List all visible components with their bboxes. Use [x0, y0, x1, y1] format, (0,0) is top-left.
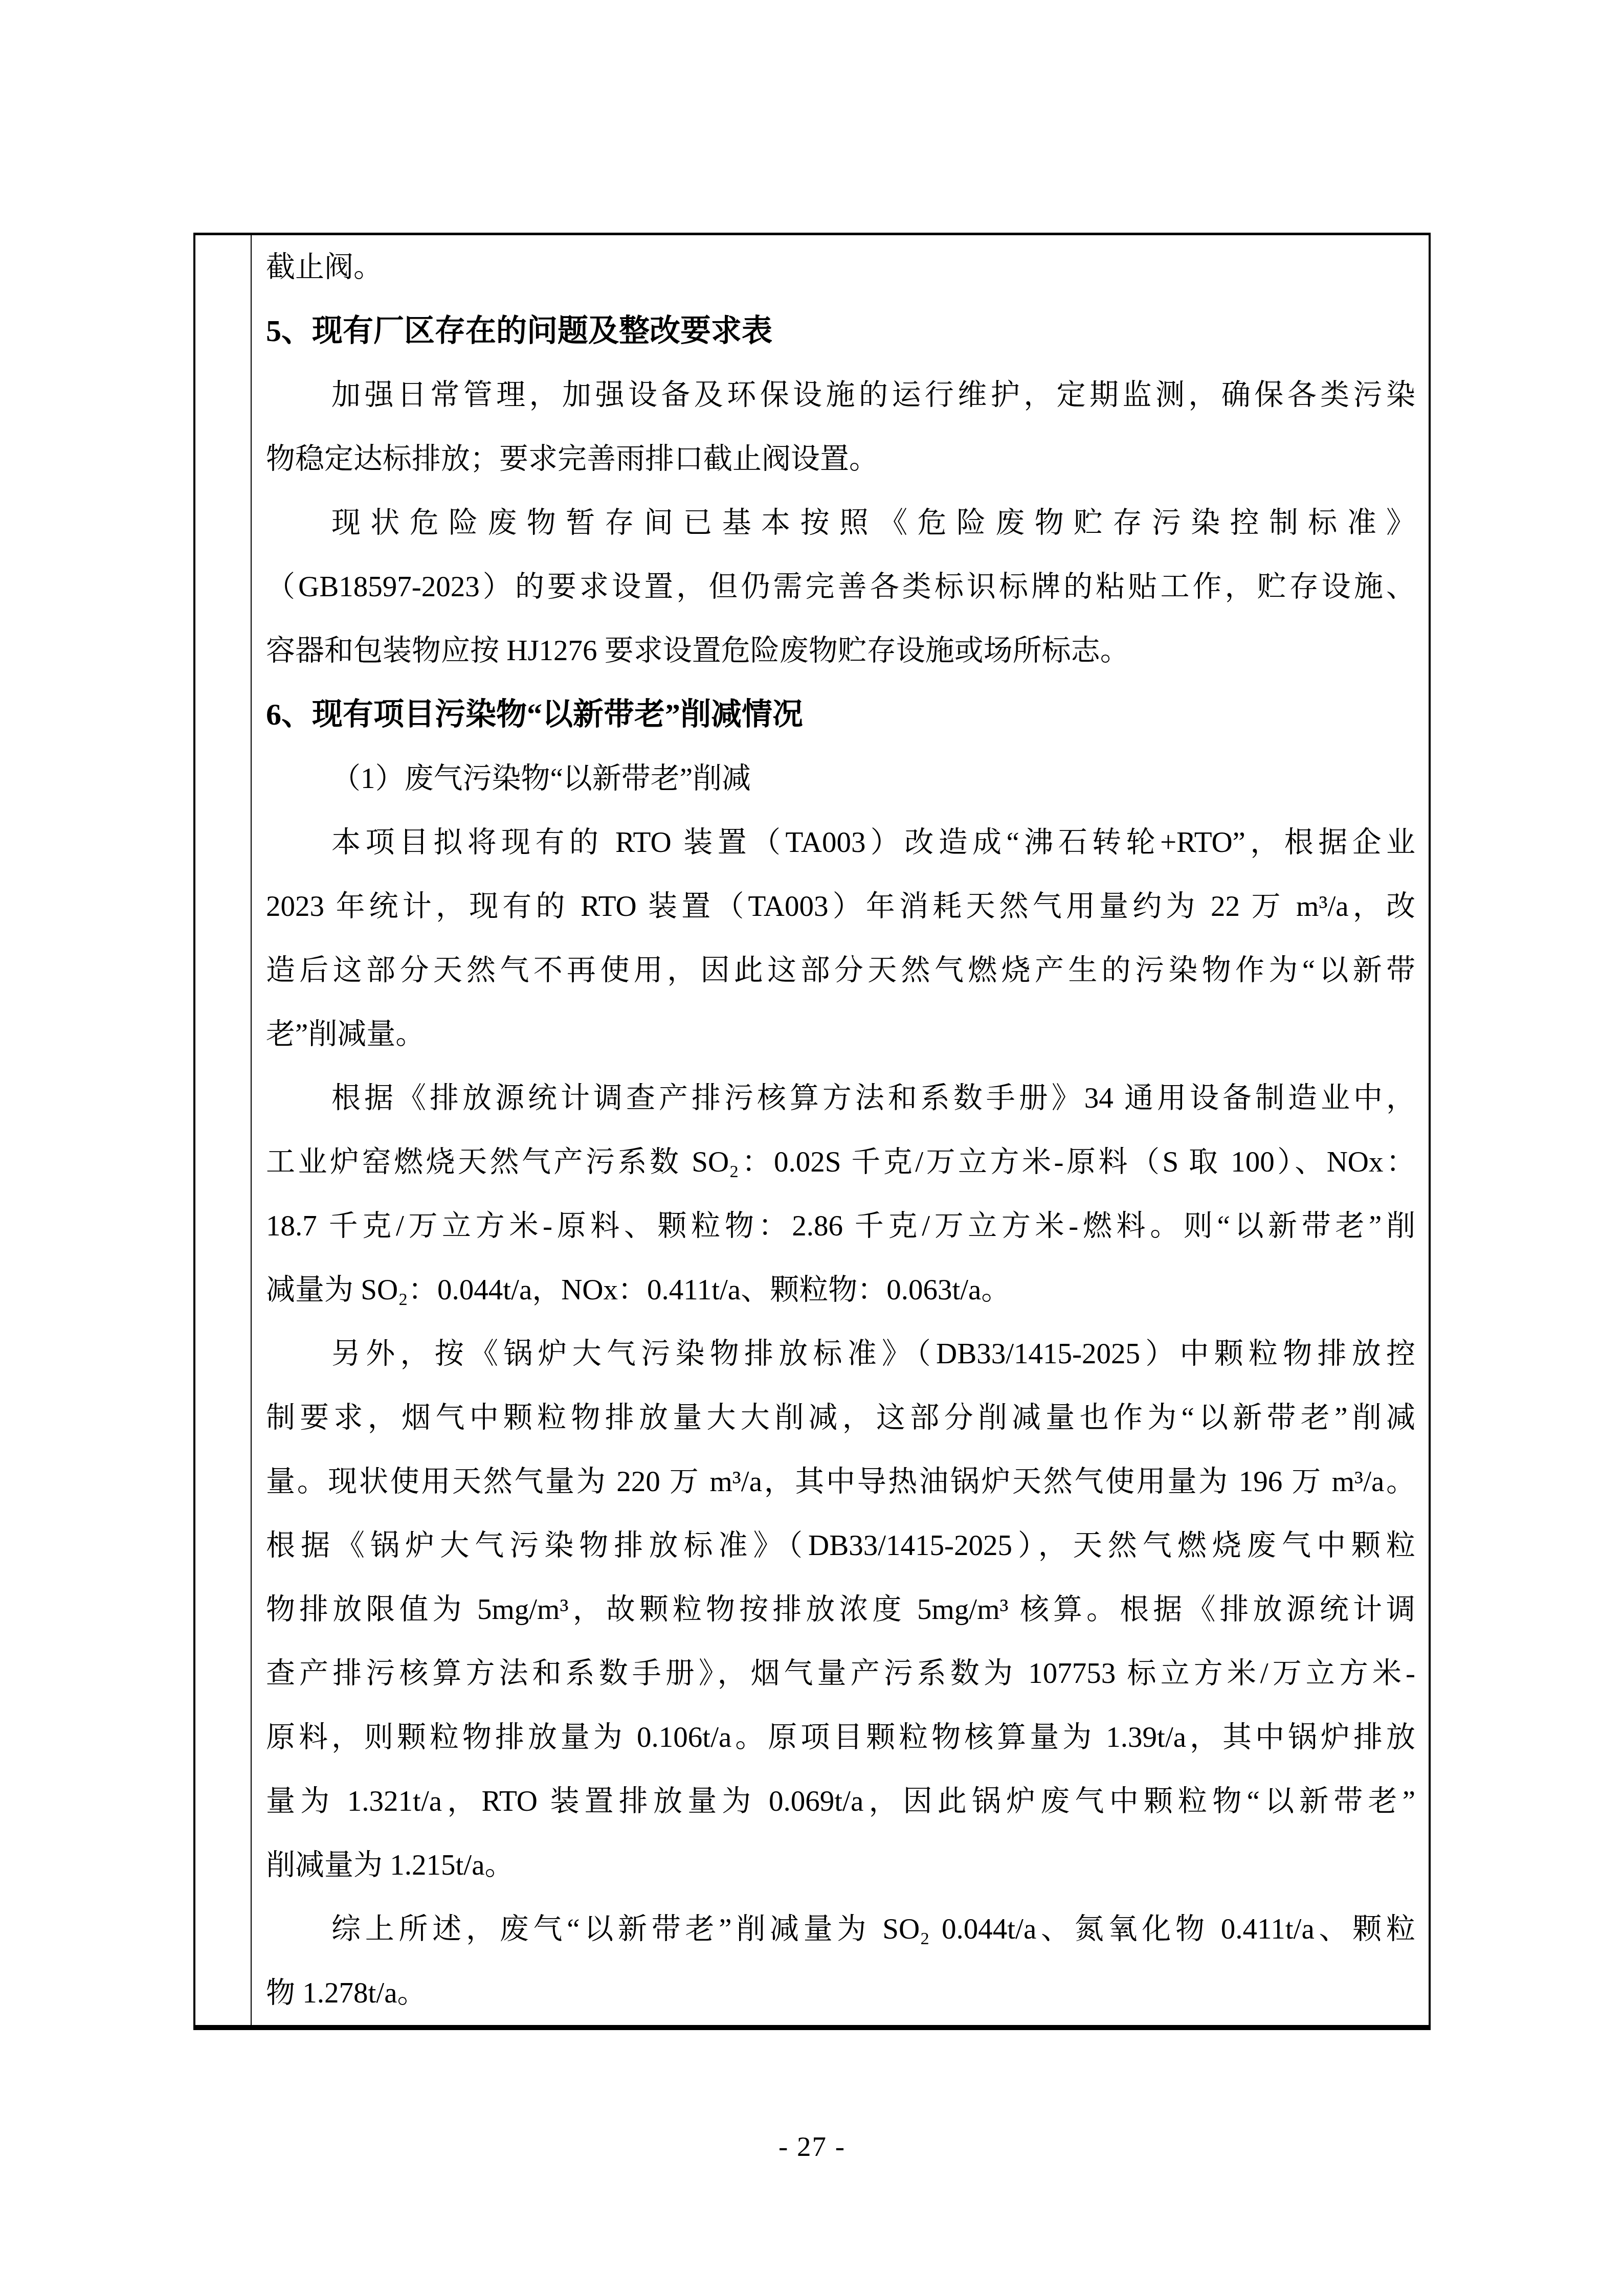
text-line: 现状危险废物暂存间已基本按照《危险废物贮存污染控制标准》 [266, 491, 1415, 555]
text-line: 制要求，烟气中颗粒物排放量大大削减，这部分削减量也作为“以新带老”削减 [266, 1386, 1415, 1450]
text-line: 物 1.278t/a。 [266, 1961, 1415, 2025]
text-line: 截止阀。 [266, 235, 1415, 299]
text-line: 老”削减量。 [266, 1002, 1415, 1066]
text-line: （GB18597-2023）的要求设置，但仍需完善各类标识标牌的粘贴工作，贮存设… [266, 555, 1415, 619]
text-line: 本项目拟将现有的 RTO 装置（TA003）改造成“沸石转轮+RTO”，根据企业 [266, 811, 1415, 874]
text-line: 物稳定达标排放；要求完善雨排口截止阀设置。 [266, 427, 1415, 491]
text-line: 削减量为 1.215t/a。 [266, 1833, 1415, 1897]
text-line: 综上所述，废气“以新带老”削减量为 SO₂ 0.044t/a、氮氧化物 0.41… [266, 1897, 1415, 1961]
table-text-cell: 截止阀。5、现有厂区存在的问题及整改要求表加强日常管理，加强设备及环保设施的运行… [252, 235, 1429, 2025]
section-heading: 6、现有项目污染物“以新带老”削减情况 [266, 683, 1415, 747]
text-line: 造后这部分天然气不再使用，因此这部分天然气燃烧产生的污染物作为“以新带 [266, 938, 1415, 1002]
text-line: 原料，则颗粒物排放量为 0.106t/a。原项目颗粒物核算量为 1.39t/a，… [266, 1705, 1415, 1769]
report-table-fragment: 截止阀。5、现有厂区存在的问题及整改要求表加强日常管理，加强设备及环保设施的运行… [193, 233, 1431, 2030]
text-line: 工业炉窑燃烧天然气产污系数 SO₂：0.02S 千克/万立方米-原料（S 取 1… [266, 1130, 1415, 1194]
table-stub-column [195, 235, 252, 2025]
section-heading: 5、现有厂区存在的问题及整改要求表 [266, 299, 1415, 363]
text-line: 18.7 千克/万立方米-原料、颗粒物：2.86 千克/万立方米-燃料。则“以新… [266, 1194, 1415, 1258]
text-line: 物排放限值为 5mg/m³，故颗粒物按排放浓度 5mg/m³ 核算。根据《排放源… [266, 1578, 1415, 1641]
text-line: 根据《排放源统计调查产排污核算方法和系数手册》34 通用设备制造业中， [266, 1066, 1415, 1130]
text-line: 容器和包装物应按 HJ1276 要求设置危险废物贮存设施或场所标志。 [266, 619, 1415, 683]
text-line: （1）废气污染物“以新带老”削减 [266, 747, 1415, 811]
text-line: 减量为 SO₂：0.044t/a，NOx：0.411t/a、颗粒物：0.063t… [266, 1258, 1415, 1322]
text-line: 2023 年统计，现有的 RTO 装置（TA003）年消耗天然气用量约为 22 … [266, 874, 1415, 938]
page-number: - 27 - [0, 2131, 1624, 2162]
text-line: 根据《锅炉大气污染物排放标准》（DB33/1415-2025），天然气燃烧废气中… [266, 1514, 1415, 1578]
text-line: 查产排污核算方法和系数手册》，烟气量产污系数为 107753 标立方米/万立方米… [266, 1641, 1415, 1705]
text-line: 加强日常管理，加强设备及环保设施的运行维护，定期监测，确保各类污染 [266, 363, 1415, 427]
text-line: 量。现状使用天然气量为 220 万 m³/a，其中导热油锅炉天然气使用量为 19… [266, 1450, 1415, 1514]
text-line: 量为 1.321t/a，RTO 装置排放量为 0.069t/a，因此锅炉废气中颗… [266, 1769, 1415, 1833]
text-line: 另外，按《锅炉大气污染物排放标准》（DB33/1415-2025）中颗粒物排放控 [266, 1322, 1415, 1386]
